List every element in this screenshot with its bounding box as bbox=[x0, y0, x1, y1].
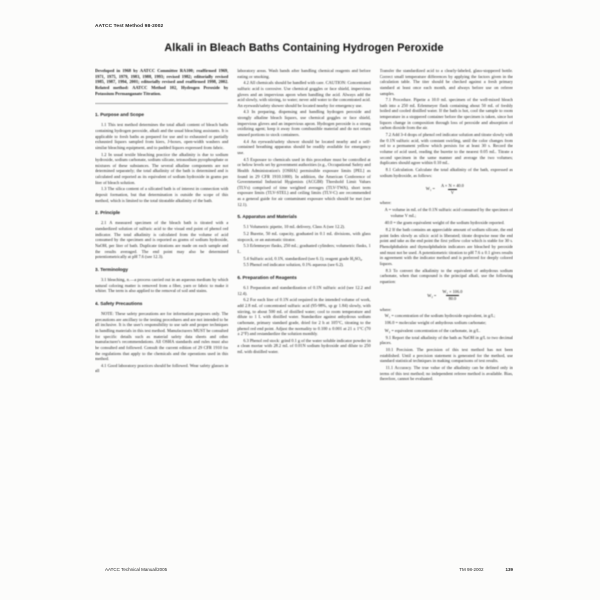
column-1: Developed in 1968 by AATCC Committee RA1… bbox=[95, 68, 228, 550]
equation-lhs: W₂ = bbox=[427, 293, 436, 299]
paragraph: 5.1 Volumetric pipette, 10 mL delivery, … bbox=[237, 224, 370, 230]
paragraph: 8.3 To convert the alkalinity to the equ… bbox=[380, 268, 513, 285]
paragraph: 7.2 Add 3-4 drops of phenol red indicato… bbox=[380, 132, 513, 166]
paragraph: 4.4 An eyewash/safety shower should be l… bbox=[237, 139, 370, 156]
paragraph: 8.1 Calculation. Calculate the total alk… bbox=[380, 167, 513, 178]
equation: W₁ =A × N × 40.0V bbox=[380, 183, 513, 195]
paragraph: 8.2 If the bath contains an appreciable … bbox=[380, 227, 513, 266]
paragraph: 1.3 The silica content of a silicated ba… bbox=[95, 186, 228, 203]
variable-definition: 40.0 = the gram equivalent weight of the… bbox=[380, 220, 513, 226]
fraction-denominator: 80.0 bbox=[446, 295, 460, 302]
column-3: Transfer the standardized acid to a clea… bbox=[380, 68, 513, 550]
paragraph: 5.4 Sulfuric acid, 0.1N, standardized (s… bbox=[237, 256, 370, 262]
page-number: 139 bbox=[505, 567, 513, 572]
section-heading: 6. Preparation of Reagents bbox=[237, 275, 370, 281]
where-label: where: bbox=[380, 307, 513, 313]
development-history: Developed in 1968 by AATCC Committee RA1… bbox=[95, 68, 228, 104]
paragraph: 4.1 Good laboratory practices should be … bbox=[95, 363, 228, 374]
paragraph: 11.1 Accuracy. The true value of the alk… bbox=[380, 365, 513, 382]
paragraph: 6.2 For each liter of 0.1N acid required… bbox=[237, 297, 370, 336]
variable-definition: W₂ = equivalent concentration of the car… bbox=[380, 328, 513, 334]
paragraph-continuation: laboratory areas. Wash hands after handl… bbox=[237, 68, 370, 79]
paragraph: 4.3 In preparing, dispensing and handlin… bbox=[237, 109, 370, 137]
section-heading: 5. Apparatus and Materials bbox=[237, 214, 370, 220]
paragraph: 10.1 Precision. The precision of this te… bbox=[380, 347, 513, 364]
paragraph: 6.3 Phenol red stock: grind 0.1 g of the… bbox=[237, 338, 370, 355]
fraction: A × N × 40.0V bbox=[438, 183, 467, 195]
fraction-denominator: V bbox=[448, 189, 457, 196]
footer-manual-label: AATCC Technical Manual/2005 bbox=[105, 567, 167, 572]
document-page: AATCC Test Method 98-2002 Alkali in Blea… bbox=[95, 24, 513, 578]
paragraph-continuation: Transfer the standardized acid to a clea… bbox=[380, 68, 513, 96]
where-label: where: bbox=[380, 200, 513, 206]
paragraph: 5.2 Burette, 50 mL capacity, graduated i… bbox=[237, 231, 370, 242]
footer-method-label: TM 98-2002 bbox=[459, 567, 483, 572]
paragraph: 6.1 Preparation and standardization of 0… bbox=[237, 285, 370, 296]
fraction: W₁ × 106.080.0 bbox=[439, 289, 465, 301]
section-heading: 1. Purpose and Scope bbox=[95, 112, 228, 118]
section-heading: 3. Terminology bbox=[95, 267, 228, 273]
variable-definition: A = volume in mL of the 0.1N sulfuric ac… bbox=[380, 207, 513, 218]
paragraph: 1.1 This test method determines the tota… bbox=[95, 122, 228, 150]
variable-definition: W₁ = concentration of the sodium hydroxi… bbox=[380, 313, 513, 319]
document-header: AATCC Test Method 98-2002 bbox=[95, 24, 513, 29]
column-2: laboratory areas. Wash hands after handl… bbox=[237, 68, 370, 550]
equation: W₂ =W₁ × 106.080.0 bbox=[380, 289, 513, 301]
paragraph: 2.1 A measured specimen of the bleach ba… bbox=[95, 220, 228, 259]
paragraph: 7.1 Procedure. Pipette a 10.0 mL specime… bbox=[380, 97, 513, 131]
page-title: Alkali in Bleach Baths Containing Hydrog… bbox=[95, 42, 513, 54]
paragraph: NOTE: These safety precautions are for i… bbox=[95, 311, 228, 362]
paragraph: 5.3 Erlenmeyer flasks, 250 mL; graduated… bbox=[237, 243, 370, 254]
paragraph: 4.2 All chemicals should be handled with… bbox=[237, 80, 370, 108]
paragraph: 9.1 Report the total alkalinity of the b… bbox=[380, 335, 513, 346]
section-heading: 2. Principle bbox=[95, 210, 228, 216]
document-footer: AATCC Technical Manual/2005 TM 98-2002 1… bbox=[95, 567, 513, 572]
paragraph: 1.2 In usual textile bleaching practice … bbox=[95, 152, 228, 186]
section-heading: 4. Safety Precautions bbox=[95, 301, 228, 307]
paragraph: 3.1 bleaching, n.—a process carried out … bbox=[95, 277, 228, 294]
paragraph: 5.5 Phenol red indicator solution, 0.1% … bbox=[237, 262, 370, 268]
scanned-page-background: AATCC Test Method 98-2002 Alkali in Blea… bbox=[0, 0, 600, 600]
equation-lhs: W₁ = bbox=[426, 186, 435, 192]
variable-definition: 106.0 = molecular weight of anhydrous so… bbox=[380, 320, 513, 326]
paragraph: 4.5 Exposure to chemicals used in this p… bbox=[237, 157, 370, 208]
three-column-body: Developed in 1968 by AATCC Committee RA1… bbox=[95, 68, 513, 550]
